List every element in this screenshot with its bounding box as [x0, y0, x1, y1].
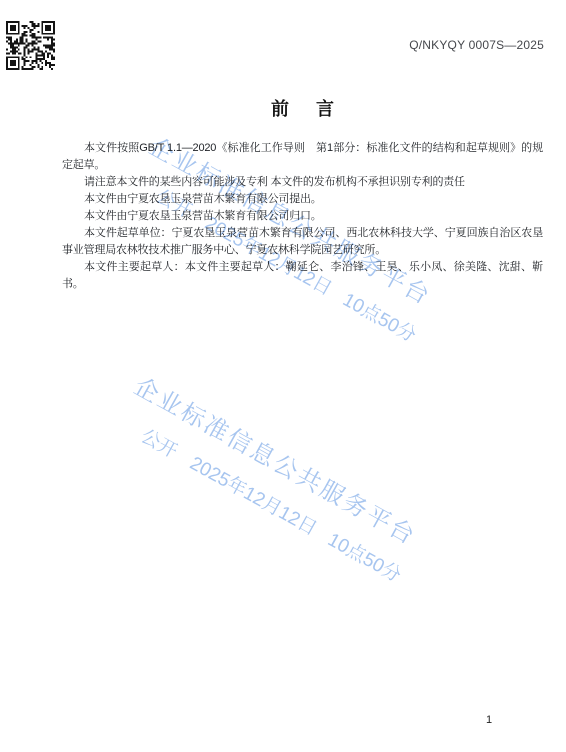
- watermark-time: 10点50分: [324, 529, 404, 586]
- watermark-time: 10点50分: [339, 289, 419, 346]
- foreword-section: 前言 本文件按照GB/T 1.1—2020《标准化工作导则 第1部分：标准化文件…: [62, 98, 543, 293]
- paragraph-drafting-organizations: 本文件起草单位：宁夏农垦玉泉营苗木繁育有限公司、西北农林科技大学、宁夏回族自治区…: [62, 225, 543, 259]
- document-page: 企业标准信息公共服务平台 公开2025年12月12日10点50分 企业标准信息公…: [0, 0, 566, 752]
- watermark-public-label: 公开: [137, 426, 180, 463]
- watermark-platform-text: 企业标准信息公共服务平台: [128, 372, 426, 555]
- page-number: 1: [486, 714, 492, 726]
- qr-code-image: [6, 21, 55, 70]
- watermark-meta-line: 公开2025年12月12日10点50分: [110, 410, 405, 588]
- page-title: 前言: [62, 98, 543, 120]
- watermark-lower: 企业标准信息公共服务平台 公开2025年12月12日10点50分: [110, 372, 426, 588]
- paragraph-under-jurisdiction: 本文件由宁夏农垦玉泉营苗木繁育有限公司归口。: [62, 208, 543, 225]
- paragraph-proposed-by: 本文件由宁夏农垦玉泉营苗木繁育有限公司提出。: [62, 191, 543, 208]
- title-char-2: 言: [316, 99, 334, 119]
- watermark-date: 2025年12月12日: [186, 453, 320, 540]
- paragraph-main-drafters: 本文件主要起草人：本文件主要起草人：鞠延仑、李治锋、王昊、乐小凤、徐美隆、沈甜、…: [62, 259, 543, 293]
- qr-code-icon: [6, 21, 55, 70]
- paragraph-basis: 本文件按照GB/T 1.1—2020《标准化工作导则 第1部分：标准化文件的结构…: [62, 140, 543, 174]
- title-char-1: 前: [271, 99, 289, 119]
- doc-number: Q/NKYQY 0007S—2025: [409, 38, 544, 52]
- paragraph-patent-notice: 请注意本文件的某些内容可能涉及专利 本文件的发布机构不承担识别专利的责任: [62, 174, 543, 191]
